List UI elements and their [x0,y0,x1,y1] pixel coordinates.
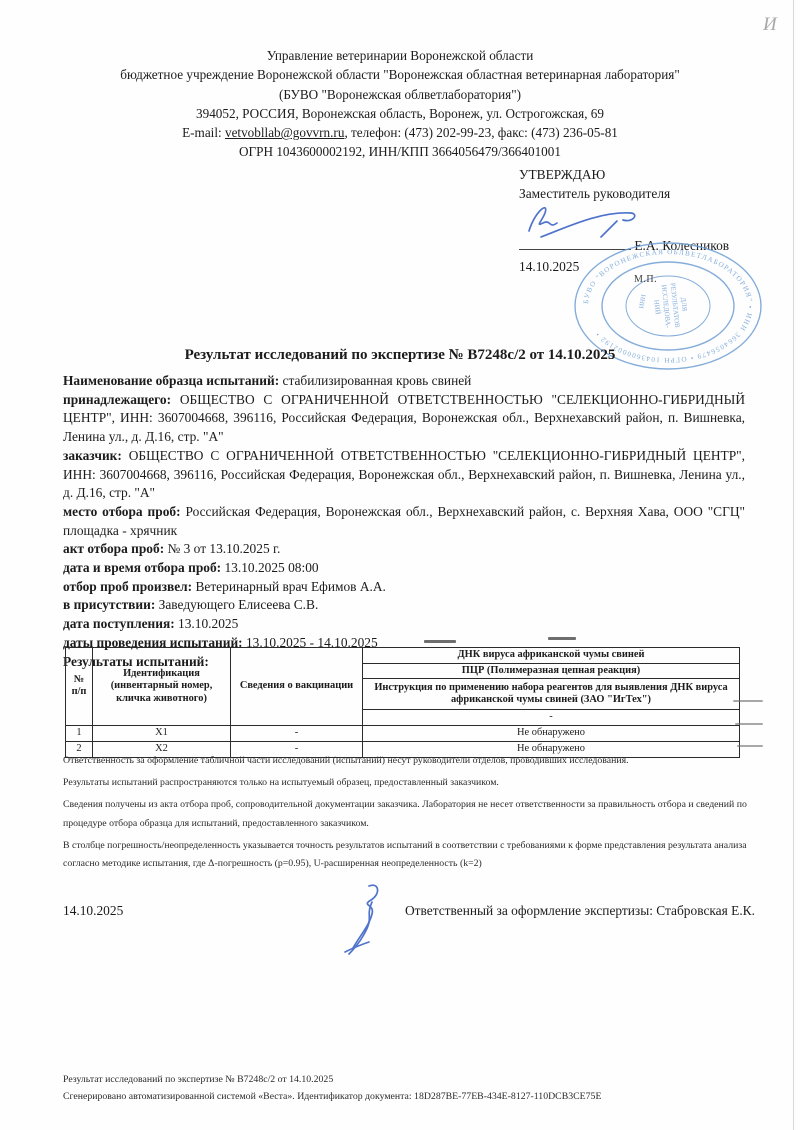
stamp-inn-small: ИНН [638,294,647,309]
scan-artifact [735,723,763,725]
cell-vaccination: - [231,725,363,741]
field-owner: принадлежащего: ОБЩЕСТВО С ОГРАНИЧЕННОЙ … [63,391,745,447]
scan-artifact [548,637,576,640]
responsible-person: Ответственный за оформление экспертизы: … [405,903,775,919]
col-header-instruction: Инструкция по применению набора реагенто… [363,679,740,710]
org-address: 394052, РОССИЯ, Воронежская область, Вор… [0,104,800,123]
scan-artifact [424,640,456,643]
field-customer: заказчик: ОБЩЕСТВО С ОГРАНИЧЕННОЙ ОТВЕТС… [63,447,745,503]
field-sample-name: Наименование образца испытаний: стабилиз… [63,372,745,391]
field-receipt-date: дата поступления: 13.10.2025 [63,615,745,634]
org-contacts: E-mail: vetvobllab@govvrn.ru, телефон: (… [0,123,800,142]
org-registration-numbers: ОГРН 1043600002192, ИНН/КПП 3664056479/3… [0,142,800,161]
footnotes: Ответственность за оформление табличной … [63,752,748,877]
footer-generated-by: Сгенерировано автоматизированной системо… [63,1089,763,1106]
document-title: Результат исследований по экспертизе № В… [0,347,800,364]
document-page: И Управление ветеринарии Воронежской обл… [0,0,800,1130]
email-link: vetvobllab@govvrn.ru [225,125,344,140]
org-name-line3: (БУВО "Воронежская облветлаборатория") [0,85,800,104]
col-header-sub-dash: - [363,710,740,726]
field-sampled-by: отбор проб произвел: Ветеринарный врач Е… [63,578,745,597]
footnote: Ответственность за оформление табличной … [63,752,748,771]
col-header-identification: Идентификация (инвентарный номер, кличка… [93,648,231,726]
scan-artifact [733,700,763,702]
stamp-inner-text: ДЛЯ РЕЗУЛЬТАТОВ ИССЛЕДОВА- НИЙ [651,282,690,331]
document-fields: Наименование образца испытаний: стабилиз… [63,372,745,671]
cell-identification: X1 [93,725,231,741]
scan-artifact [737,745,763,747]
scan-edge [793,0,794,1130]
col-header-pcr-method: ПЦР (Полимеразная цепная реакция) [363,663,740,679]
cell-number: 1 [66,725,93,741]
org-header: Управление ветеринарии Воронежской облас… [0,46,800,162]
footnote: В столбце погрешность/неопределенность у… [63,837,748,874]
footnote: Сведения получены из акта отбора проб, с… [63,796,748,833]
field-sampling-place: место отбора проб: Российская Федерация,… [63,503,745,540]
corner-pen-mark: И [763,14,777,36]
field-sampling-datetime: дата и время отбора проб: 13.10.2025 08:… [63,559,745,578]
field-in-presence-of: в присутствии: Заведующего Елисеева С.В. [63,596,745,615]
mp-placeholder: М.П. [634,274,657,285]
table-row: 1 X1 - Не обнаружено [66,725,740,741]
org-name-line2: бюджетное учреждение Воронежской области… [0,65,800,84]
closing-date: 14.10.2025 [63,903,123,919]
approve-word: УТВЕРЖДАЮ [519,166,789,185]
results-table: № п/п Идентификация (инвентарный номер, … [65,647,740,758]
document-footer: Результат исследований по экспертизе № В… [63,1072,763,1105]
field-sampling-act: акт отбора проб: № 3 от 13.10.2025 г. [63,540,745,559]
svg-text:НИЙ: НИЙ [652,299,662,315]
footnote: Результаты испытаний распространяются то… [63,774,748,793]
footer-expertise-ref: Результат исследований по экспертизе № В… [63,1072,763,1089]
svg-text:ДЛЯ: ДЛЯ [679,297,687,312]
col-header-dna-group: ДНК вируса африканской чумы свиней [363,648,740,664]
cell-result: Не обнаружено [363,725,740,741]
col-header-number: № п/п [66,648,93,726]
org-name-line1: Управление ветеринарии Воронежской облас… [0,46,800,65]
responsible-signature [335,882,395,960]
col-header-vaccination: Сведения о вакцинации [231,648,363,726]
